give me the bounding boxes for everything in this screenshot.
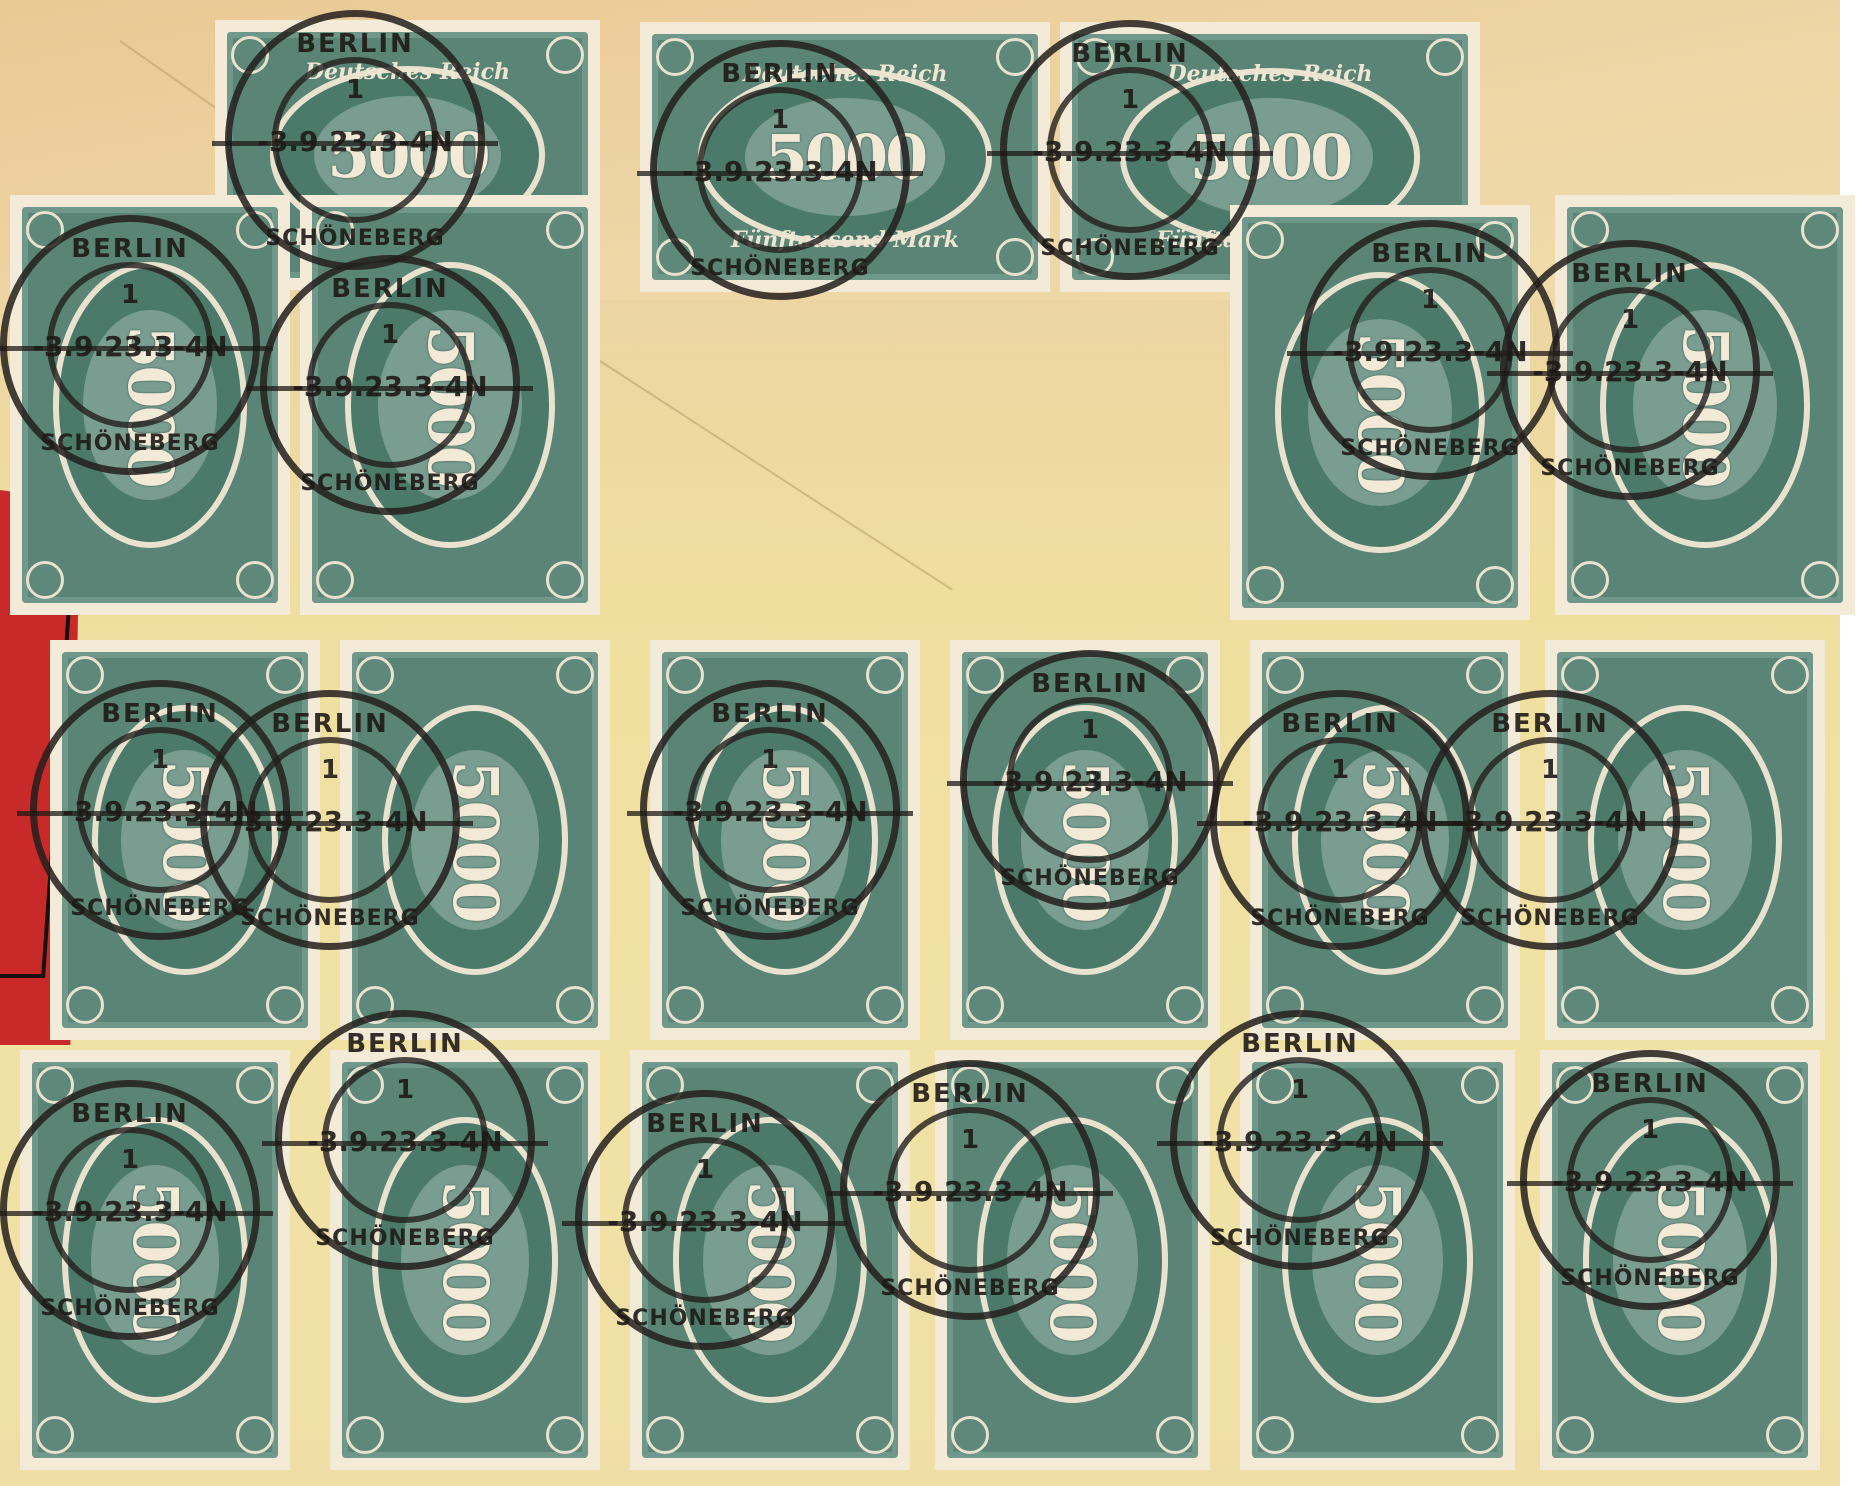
corner-ornament-icon — [1766, 1416, 1804, 1454]
stamp: Deutsches Reich Fünftausend Mark 5000 — [1540, 1050, 1820, 1470]
stamp-center: 5000 — [1007, 1165, 1138, 1355]
corner-ornament-icon — [1801, 561, 1839, 599]
stamp-value: 5000 — [1036, 1180, 1109, 1341]
corner-ornament-icon — [1561, 656, 1599, 694]
corner-ornament-icon — [346, 1416, 384, 1454]
stamp-design: Deutsches Reich Fünftausend Mark 5000 — [352, 652, 598, 1028]
stamp-value-words: Fünftausend Mark — [652, 227, 1038, 253]
stamp: Deutsches Reich Fünftausend Mark 5000 — [935, 1050, 1210, 1470]
stamp: Deutsches Reich Fünftausend Mark 5000 — [340, 640, 610, 1040]
stamp: Deutsches Reich Fünftausend Mark 5000 — [640, 22, 1050, 292]
corner-ornament-icon — [1766, 1066, 1804, 1104]
stamp-design: Deutsches Reich Fünftausend Mark 5000 — [22, 207, 278, 603]
stamp-value: 5000 — [1341, 1180, 1414, 1341]
corner-ornament-icon — [866, 656, 904, 694]
corner-ornament-icon — [1466, 656, 1504, 694]
stamp-country: Deutsches Reich — [227, 59, 588, 85]
corner-ornament-icon — [236, 561, 274, 599]
stamp-center: 5000 — [1021, 750, 1149, 931]
stamp-design: Deutsches Reich Fünftausend Mark 5000 — [1557, 652, 1813, 1028]
corner-ornament-icon — [856, 1066, 894, 1104]
corner-ornament-icon — [1556, 1066, 1594, 1104]
stamp-center: 5000 — [83, 310, 216, 500]
stamp-value: 5000 — [1344, 332, 1417, 493]
corner-ornament-icon — [1561, 986, 1599, 1024]
stamp-design: Deutsches Reich Fünftausend Mark 5000 — [1552, 1062, 1808, 1458]
corner-ornament-icon — [1771, 986, 1809, 1024]
flap-crease — [599, 360, 952, 590]
stamp: Deutsches Reich Fünftausend Mark 5000 — [1240, 1050, 1515, 1470]
stamp-design: Deutsches Reich Fünftausend Mark 5000 — [62, 652, 308, 1028]
corner-ornament-icon — [1476, 566, 1514, 604]
stamp: Deutsches Reich Fünftausend Mark 5000 — [1250, 640, 1520, 1040]
corner-ornament-icon — [546, 561, 584, 599]
stamp-value: 5000 — [429, 1180, 502, 1341]
stamp-value: 5000 — [1190, 121, 1351, 194]
corner-ornament-icon — [646, 1066, 684, 1104]
stamp-country: Deutsches Reich — [652, 61, 1038, 87]
corner-ornament-icon — [1166, 656, 1204, 694]
stamp-design: Deutsches Reich Fünftausend Mark 5000 — [32, 1062, 278, 1458]
corner-ornament-icon — [546, 1066, 584, 1104]
corner-ornament-icon — [1256, 1416, 1294, 1454]
stamp-center: 5000 — [1167, 98, 1373, 216]
corner-ornament-icon — [1461, 1066, 1499, 1104]
stamp-center: 5000 — [1613, 1165, 1746, 1355]
stamp: Deutsches Reich Fünftausend Mark 5000 — [20, 1050, 290, 1470]
stamp-value: 5000 — [119, 1180, 192, 1341]
corner-ornament-icon — [666, 656, 704, 694]
stamp-value: 5000 — [749, 760, 822, 921]
corner-ornament-icon — [346, 1066, 384, 1104]
corner-ornament-icon — [1771, 656, 1809, 694]
stamp: Deutsches Reich Fünftausend Mark 5000 — [630, 1050, 910, 1470]
stamp-center: 5000 — [121, 750, 249, 931]
stamp-center: 5000 — [721, 750, 849, 931]
corner-ornament-icon — [546, 1416, 584, 1454]
corner-ornament-icon — [1246, 221, 1284, 259]
stamp-design: Deutsches Reich Fünftausend Mark 5000 — [1567, 207, 1843, 603]
stamp-design: Deutsches Reich Fünftausend Mark 5000 — [652, 34, 1038, 280]
stamp-value: 5000 — [765, 121, 926, 194]
stamp-value: 5000 — [1049, 760, 1122, 921]
corner-ornament-icon — [356, 656, 394, 694]
stamp-design: Deutsches Reich Fünftausend Mark 5000 — [947, 1062, 1198, 1458]
corner-ornament-icon — [1801, 211, 1839, 249]
stamp-design: Deutsches Reich Fünftausend Mark 5000 — [342, 1062, 588, 1458]
stamp-value: 5000 — [1649, 760, 1722, 921]
corner-ornament-icon — [966, 986, 1004, 1024]
stamp-value: 5000 — [439, 760, 512, 921]
corner-ornament-icon — [36, 1066, 74, 1104]
corner-ornament-icon — [36, 1416, 74, 1454]
corner-ornament-icon — [266, 656, 304, 694]
corner-ornament-icon — [316, 211, 354, 249]
stamp-center: 5000 — [1308, 319, 1452, 507]
corner-ornament-icon — [646, 1416, 684, 1454]
stamp: Deutsches Reich Fünftausend Mark 5000 — [950, 640, 1220, 1040]
stamp-value: 5000 — [1644, 1180, 1717, 1341]
corner-ornament-icon — [556, 986, 594, 1024]
stamp: Deutsches Reich Fünftausend Mark 5000 — [1555, 195, 1855, 615]
stamp-design: Deutsches Reich Fünftausend Mark 5000 — [962, 652, 1208, 1028]
corner-ornament-icon — [1156, 1416, 1194, 1454]
corner-ornament-icon — [966, 656, 1004, 694]
corner-ornament-icon — [236, 1066, 274, 1104]
corner-ornament-icon — [856, 1416, 894, 1454]
stamp-design: Deutsches Reich Fünftausend Mark 5000 — [1262, 652, 1508, 1028]
corner-ornament-icon — [951, 1066, 989, 1104]
corner-ornament-icon — [1166, 986, 1204, 1024]
stamp-center: 5000 — [91, 1165, 219, 1355]
stamp-design: Deutsches Reich Fünftausend Mark 5000 — [1242, 217, 1518, 608]
stamp-center: 5000 — [1321, 750, 1449, 931]
corner-ornament-icon — [1266, 986, 1304, 1024]
corner-ornament-icon — [1256, 1066, 1294, 1104]
stamp-country: Deutsches Reich — [1072, 61, 1468, 87]
stamp: Deutsches Reich Fünftausend Mark 5000 — [300, 195, 600, 615]
corner-ornament-icon — [356, 986, 394, 1024]
corner-ornament-icon — [26, 211, 64, 249]
stamp: Deutsches Reich Fünftausend Mark 5000 — [50, 640, 320, 1040]
stamp: Deutsches Reich Fünftausend Mark 5000 — [650, 640, 920, 1040]
stamp-value: 5000 — [114, 325, 187, 486]
stamp: Deutsches Reich Fünftausend Mark 5000 — [1230, 205, 1530, 620]
corner-ornament-icon — [866, 986, 904, 1024]
stamp-center: 5000 — [745, 98, 946, 216]
stamp-value: 5000 — [734, 1180, 807, 1341]
corner-ornament-icon — [1246, 566, 1284, 604]
corner-ornament-icon — [266, 986, 304, 1024]
stamp-center: 5000 — [411, 750, 539, 931]
stamp-center: 5000 — [1633, 310, 1777, 500]
stamp-value: 5000 — [414, 325, 487, 486]
stamp-value: 5000 — [327, 119, 488, 192]
corner-ornament-icon — [1466, 986, 1504, 1024]
stamp-center: 5000 — [378, 310, 522, 500]
corner-ornament-icon — [26, 561, 64, 599]
corner-ornament-icon — [951, 1416, 989, 1454]
stamp-design: Deutsches Reich Fünftausend Mark 5000 — [312, 207, 588, 603]
stamp-center: 5000 — [401, 1165, 529, 1355]
corner-ornament-icon — [1571, 211, 1609, 249]
stamp: Deutsches Reich Fünftausend Mark 5000 — [10, 195, 290, 615]
corner-ornament-icon — [66, 656, 104, 694]
stamp-center: 5000 — [703, 1165, 836, 1355]
corner-ornament-icon — [1156, 1066, 1194, 1104]
stamp-center: 5000 — [1618, 750, 1751, 931]
stamp-design: Deutsches Reich Fünftausend Mark 5000 — [1252, 1062, 1503, 1458]
stamp: Deutsches Reich Fünftausend Mark 5000 — [330, 1050, 600, 1470]
stamp-value: 5000 — [1669, 325, 1742, 486]
stamp-center: 5000 — [1312, 1165, 1443, 1355]
stamp-design: Deutsches Reich Fünftausend Mark 5000 — [662, 652, 908, 1028]
corner-ornament-icon — [666, 986, 704, 1024]
corner-ornament-icon — [1266, 656, 1304, 694]
corner-ornament-icon — [546, 211, 584, 249]
stamp: Deutsches Reich Fünftausend Mark 5000 — [1545, 640, 1825, 1040]
corner-ornament-icon — [1571, 561, 1609, 599]
corner-ornament-icon — [236, 1416, 274, 1454]
stamp-value: 5000 — [1349, 760, 1422, 921]
corner-ornament-icon — [316, 561, 354, 599]
corner-ornament-icon — [1556, 1416, 1594, 1454]
corner-ornament-icon — [236, 211, 274, 249]
corner-ornament-icon — [556, 656, 594, 694]
stamp-design: Deutsches Reich Fünftausend Mark 5000 — [642, 1062, 898, 1458]
corner-ornament-icon — [1461, 1416, 1499, 1454]
corner-ornament-icon — [1476, 221, 1514, 259]
stamp-value: 5000 — [149, 760, 222, 921]
corner-ornament-icon — [66, 986, 104, 1024]
